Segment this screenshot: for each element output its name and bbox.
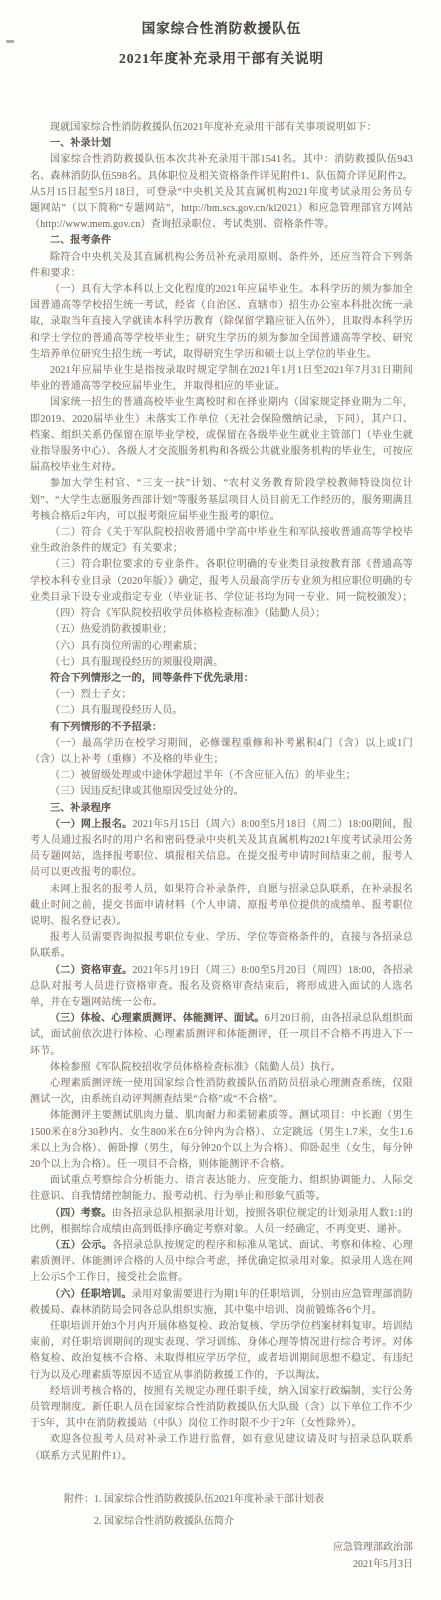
signature-block: 应急管理部政治部 2021年5月3日 [30, 1539, 413, 1573]
paragraph: （三）符合职位要求的专业条件。各职位明确的专业类目录按教育部《普通高等学校本科专… [30, 557, 413, 606]
paragraph: 体检参照《军队院校招收学员体格检查标准》（陆勤人员）执行。 [30, 1060, 413, 1076]
paragraph-lead: （六）任职培训。 [50, 1289, 132, 1300]
attachment-item: 2. 国家综合性消防救援队伍简介 [94, 1511, 234, 1533]
attachment-item: 1. 国家综合性消防救援队伍2021年度补录干部计划表 [94, 1489, 324, 1511]
paragraph: 参加大学生村官、“三支一扶”计划、“农村义务教育阶段学校教师特设岗位计划”、“大… [30, 476, 413, 525]
paragraph: 经培训考核合格的，按照有关规定办理任职手续，纳入国家行政编制，实行公务员管理制度… [30, 1384, 413, 1433]
paragraph: （五）热爱消防救援职业； [30, 622, 413, 638]
paragraph: （五）公示。各招录总队按规定的程序和标准从笔试、面试、考察和体检、心理素质测评、… [30, 1238, 413, 1287]
document-page: 国家综合性消防救援队伍 2021年度补充录用干部有关说明 现就国家综合性消防救援… [0, 0, 441, 1573]
section-heading: 一、补录计划 [30, 136, 413, 152]
paragraph: 报考人员需要咨询拟报考职位专业、学历、学位等资格条件的，直接与各招录总队联系。 [30, 930, 413, 962]
paragraph: （二）资格审查。2021年5月19日（周三）8:00至5月20日（周四）18:0… [30, 963, 413, 1012]
signature-date: 2021年5月3日 [30, 1556, 413, 1573]
document-body: 现就国家综合性消防救援队伍2021年度补充录用干部有关事项说明如下：一、补录计划… [30, 120, 413, 1465]
paragraph: （六）具有岗位所需的心理素质； [30, 639, 413, 655]
paragraph: 2021年应届毕业生是指按录取时规定学制在2021年1月1日至2021年7月31… [30, 363, 413, 395]
paragraph: （一）网上报名。2021年5月15日（周六）8:00至5月18日（周二）18:0… [30, 817, 413, 882]
attachment-row: 附件： 1. 国家综合性消防救援队伍2021年度补录干部计划表 [64, 1489, 413, 1511]
paragraph: 现就国家综合性消防救援队伍2021年度补充录用干部有关事项说明如下： [30, 120, 413, 136]
paragraph: 国家统一招生的普通高校毕业生离校时和在择业期内（国家规定择业期为二年，即2019… [30, 395, 413, 476]
attachments-block: 附件： 1. 国家综合性消防救援队伍2021年度补录干部计划表 附件： 2. 国… [30, 1489, 413, 1533]
paragraph: 面试重点考察综合分析能力、语言表达能力、应变能力、组织协调能力、人际交往意识、自… [30, 1173, 413, 1205]
document-title: 国家综合性消防救援队伍 2021年度补充录用干部有关说明 [30, 14, 413, 74]
section-heading: 二、报考条件 [30, 233, 413, 249]
paragraph: （四）符合《军队院校招收学员体格检查标准》（陆勤人员）； [30, 606, 413, 622]
attachment-row: 附件： 2. 国家综合性消防救援队伍简介 [64, 1511, 413, 1533]
paragraph: （七）具有服现役经历的须服役期满。 [30, 655, 413, 671]
paragraph: （一）最高学历在校学习期间，必修课程重修和补考累积4门（含）以上或1门（含）以上… [30, 736, 413, 768]
paragraph: 国家综合性消防救援队伍本次共补充录用干部1541名。其中：消防救援队伍943名、… [30, 152, 413, 233]
paragraph: 体能测评主要测试肌肉力量、肌肉耐力和柔韧素质等。测试项目：中长跑（男生1500米… [30, 1108, 413, 1173]
paragraph: 除符合中央机关及其直属机构公务员补充录用原则、条件外，还应当符合下列条件和要求： [30, 250, 413, 282]
section-heading: 三、补录程序 [30, 801, 413, 817]
paragraph: （六）任职培训。录用对象需要进行为期1年的任职培训，分别由应急管理部消防救援局、… [30, 1287, 413, 1319]
paragraph: 任职培训开始3个月内开展体格复检、政治复核、学历学位档案材料复审。培训结束前，对… [30, 1319, 413, 1384]
paragraph-lead: （五）公示。 [50, 1240, 112, 1251]
paragraph: （一）具有大学本科以上文化程度的2021年应届毕业生。本科学历的须为参加全国普通… [30, 282, 413, 363]
scan-artifact [6, 40, 14, 43]
paragraph: （二）符合《关于军队院校招收普通中学高中毕业生和军队接收普通高等学校毕业生政治条… [30, 525, 413, 557]
paragraph-lead: （二）资格审查。 [50, 965, 132, 976]
title-line-2: 2021年度补充录用干部有关说明 [30, 44, 413, 74]
paragraph: （二）具有服现役经历人员。 [30, 703, 413, 719]
paragraph: （三）因违反纪律或其他原因受过处分的。 [30, 784, 413, 800]
paragraph: 未网上报名的报考人员，如果符合补录条件，自愿与招录总队联系，在补录报名截止时间之… [30, 882, 413, 931]
paragraph-lead: （三）体检、心理素质测评、体能测评、面试。 [50, 1013, 265, 1024]
paragraph-lead: （一）网上报名。 [50, 819, 132, 830]
paragraph: （二）被留级处理或中途休学超过半年（不含应征入伍）的毕业生； [30, 768, 413, 784]
paragraph: （四）考察。由各招录总队根据录用计划，按照各职位规定的计划录用人数1:1的比例，… [30, 1206, 413, 1238]
paragraph: 心理素质测评统一使用国家综合性消防救援队伍消防员招录心理测查系统，仅限测试一次，… [30, 1076, 413, 1108]
paragraph: 符合下列情形之一的，同等条件下优先录用： [30, 671, 413, 687]
paragraph: 有下列情形的不予招录： [30, 720, 413, 736]
signature-org: 应急管理部政治部 [30, 1539, 413, 1556]
title-line-1: 国家综合性消防救援队伍 [30, 14, 413, 44]
paragraph: （一）烈士子女； [30, 687, 413, 703]
attachments-label: 附件： [64, 1489, 94, 1511]
paragraph-lead: （四）考察。 [50, 1208, 112, 1219]
paragraph: （三）体检、心理素质测评、体能测评、面试。6月20日前，由各招录总队组织面试，面… [30, 1011, 413, 1060]
paragraph: 欢迎各位报考人员对补录工作进行监督，如有意见建议请及时与招录总队联系（联系方式见… [30, 1432, 413, 1464]
